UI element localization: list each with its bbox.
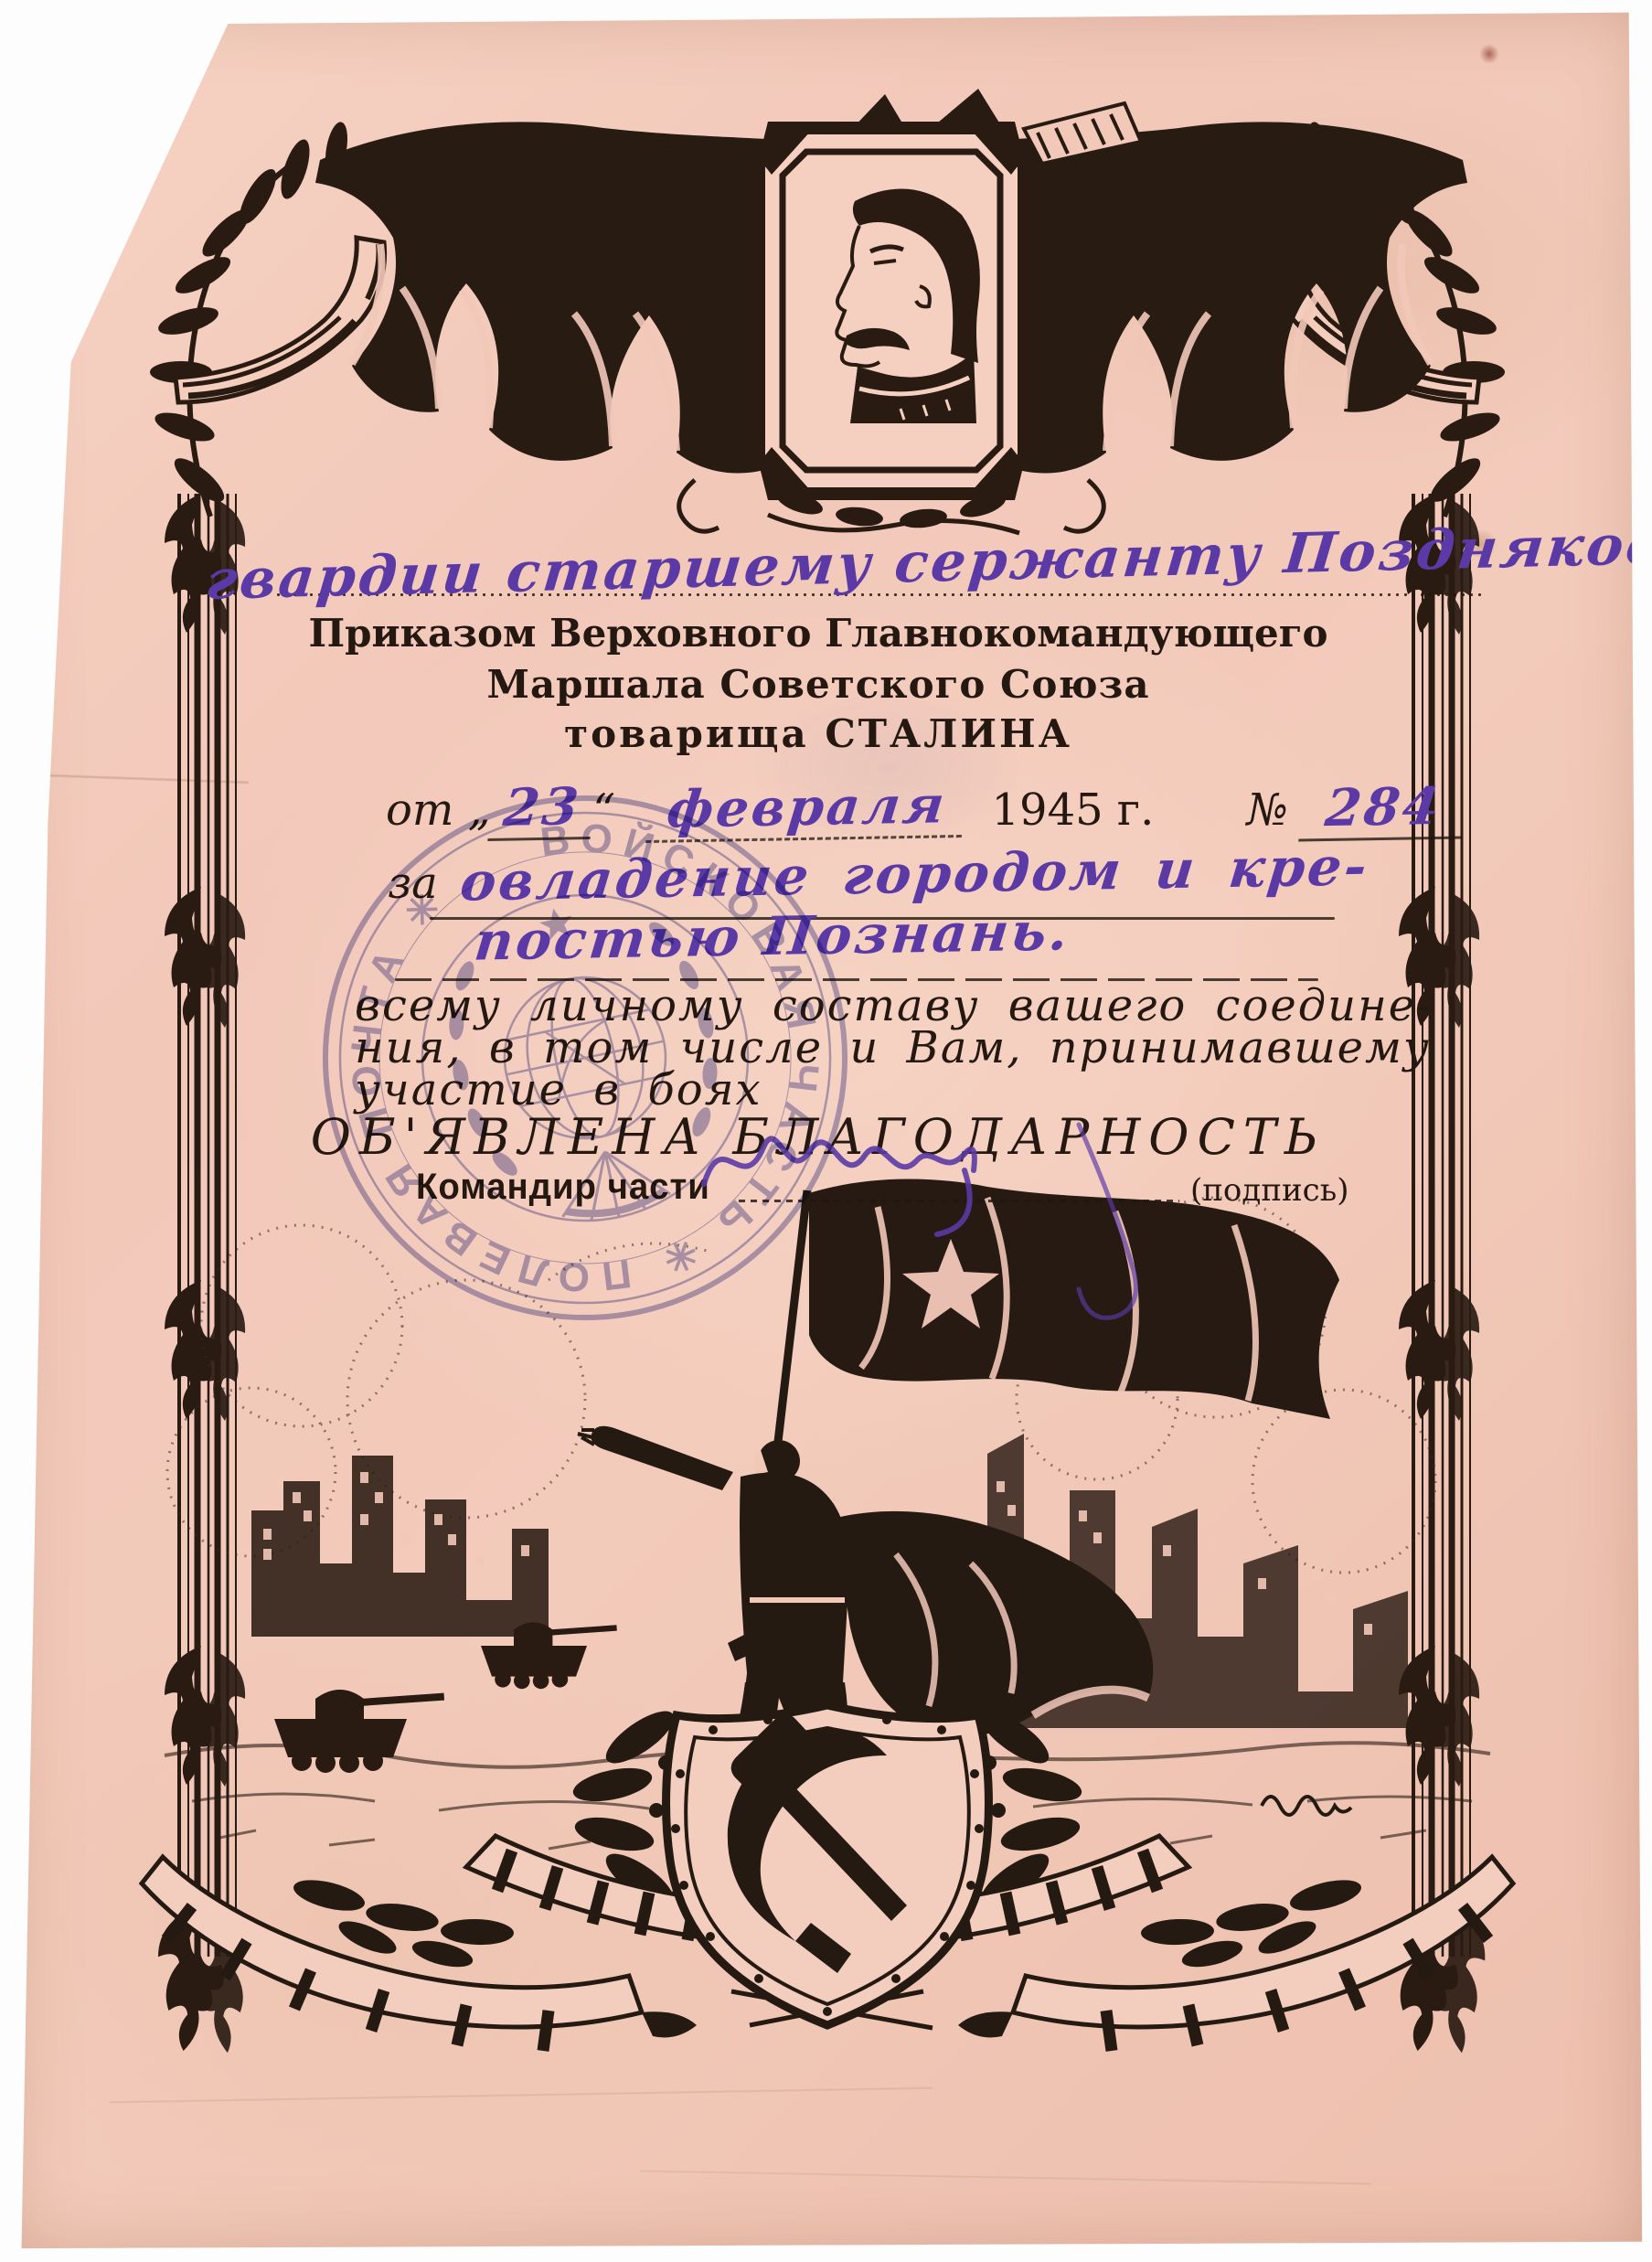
bottom-ribbon-border [128, 1842, 1527, 2062]
issuer-line-3: товарища СТАЛИНА [174, 711, 1463, 756]
date-year-printed: 1945 г. [992, 784, 1155, 836]
foxing-spot [1479, 44, 1499, 64]
stamp-emblem-icon [423, 881, 749, 1246]
issuer-line-2: Маршала Советского Союза [174, 662, 1463, 707]
scan-background: гвардии старшему сержанту Позднякову Н.С… [0, 0, 1652, 2262]
soviet-gratitude-certificate: гвардии старшему сержанту Позднякову Н.С… [0, 0, 1652, 2262]
military-unit-stamp: ВОЙСКОВАЯ ЧАСТЬ ✳ ПОЛЕВАЯ ПОЧТА ✳ [315, 788, 855, 1328]
paper-crease [110, 2086, 933, 2104]
foxing-spot [77, 31, 88, 42]
order-number-handwritten: 284 [1298, 775, 1468, 841]
pennant-tip-icon [933, 89, 1002, 127]
top-decoration-flags-and-portrait [128, 87, 1527, 544]
draped-flag-right-icon [974, 122, 1467, 473]
signature-caption: (подпись) [1190, 1172, 1348, 1209]
ruined-city-left-icon [251, 1456, 549, 1637]
draped-flag-left-icon [315, 122, 809, 473]
issuer-line-1: Приказом Верховного Главнокомандующего [174, 611, 1463, 656]
stalin-portrait-frame [759, 122, 1024, 500]
tanks-icon [274, 1622, 617, 1773]
number-sign: № [1247, 784, 1288, 836]
paper-crease [640, 2170, 1371, 2185]
